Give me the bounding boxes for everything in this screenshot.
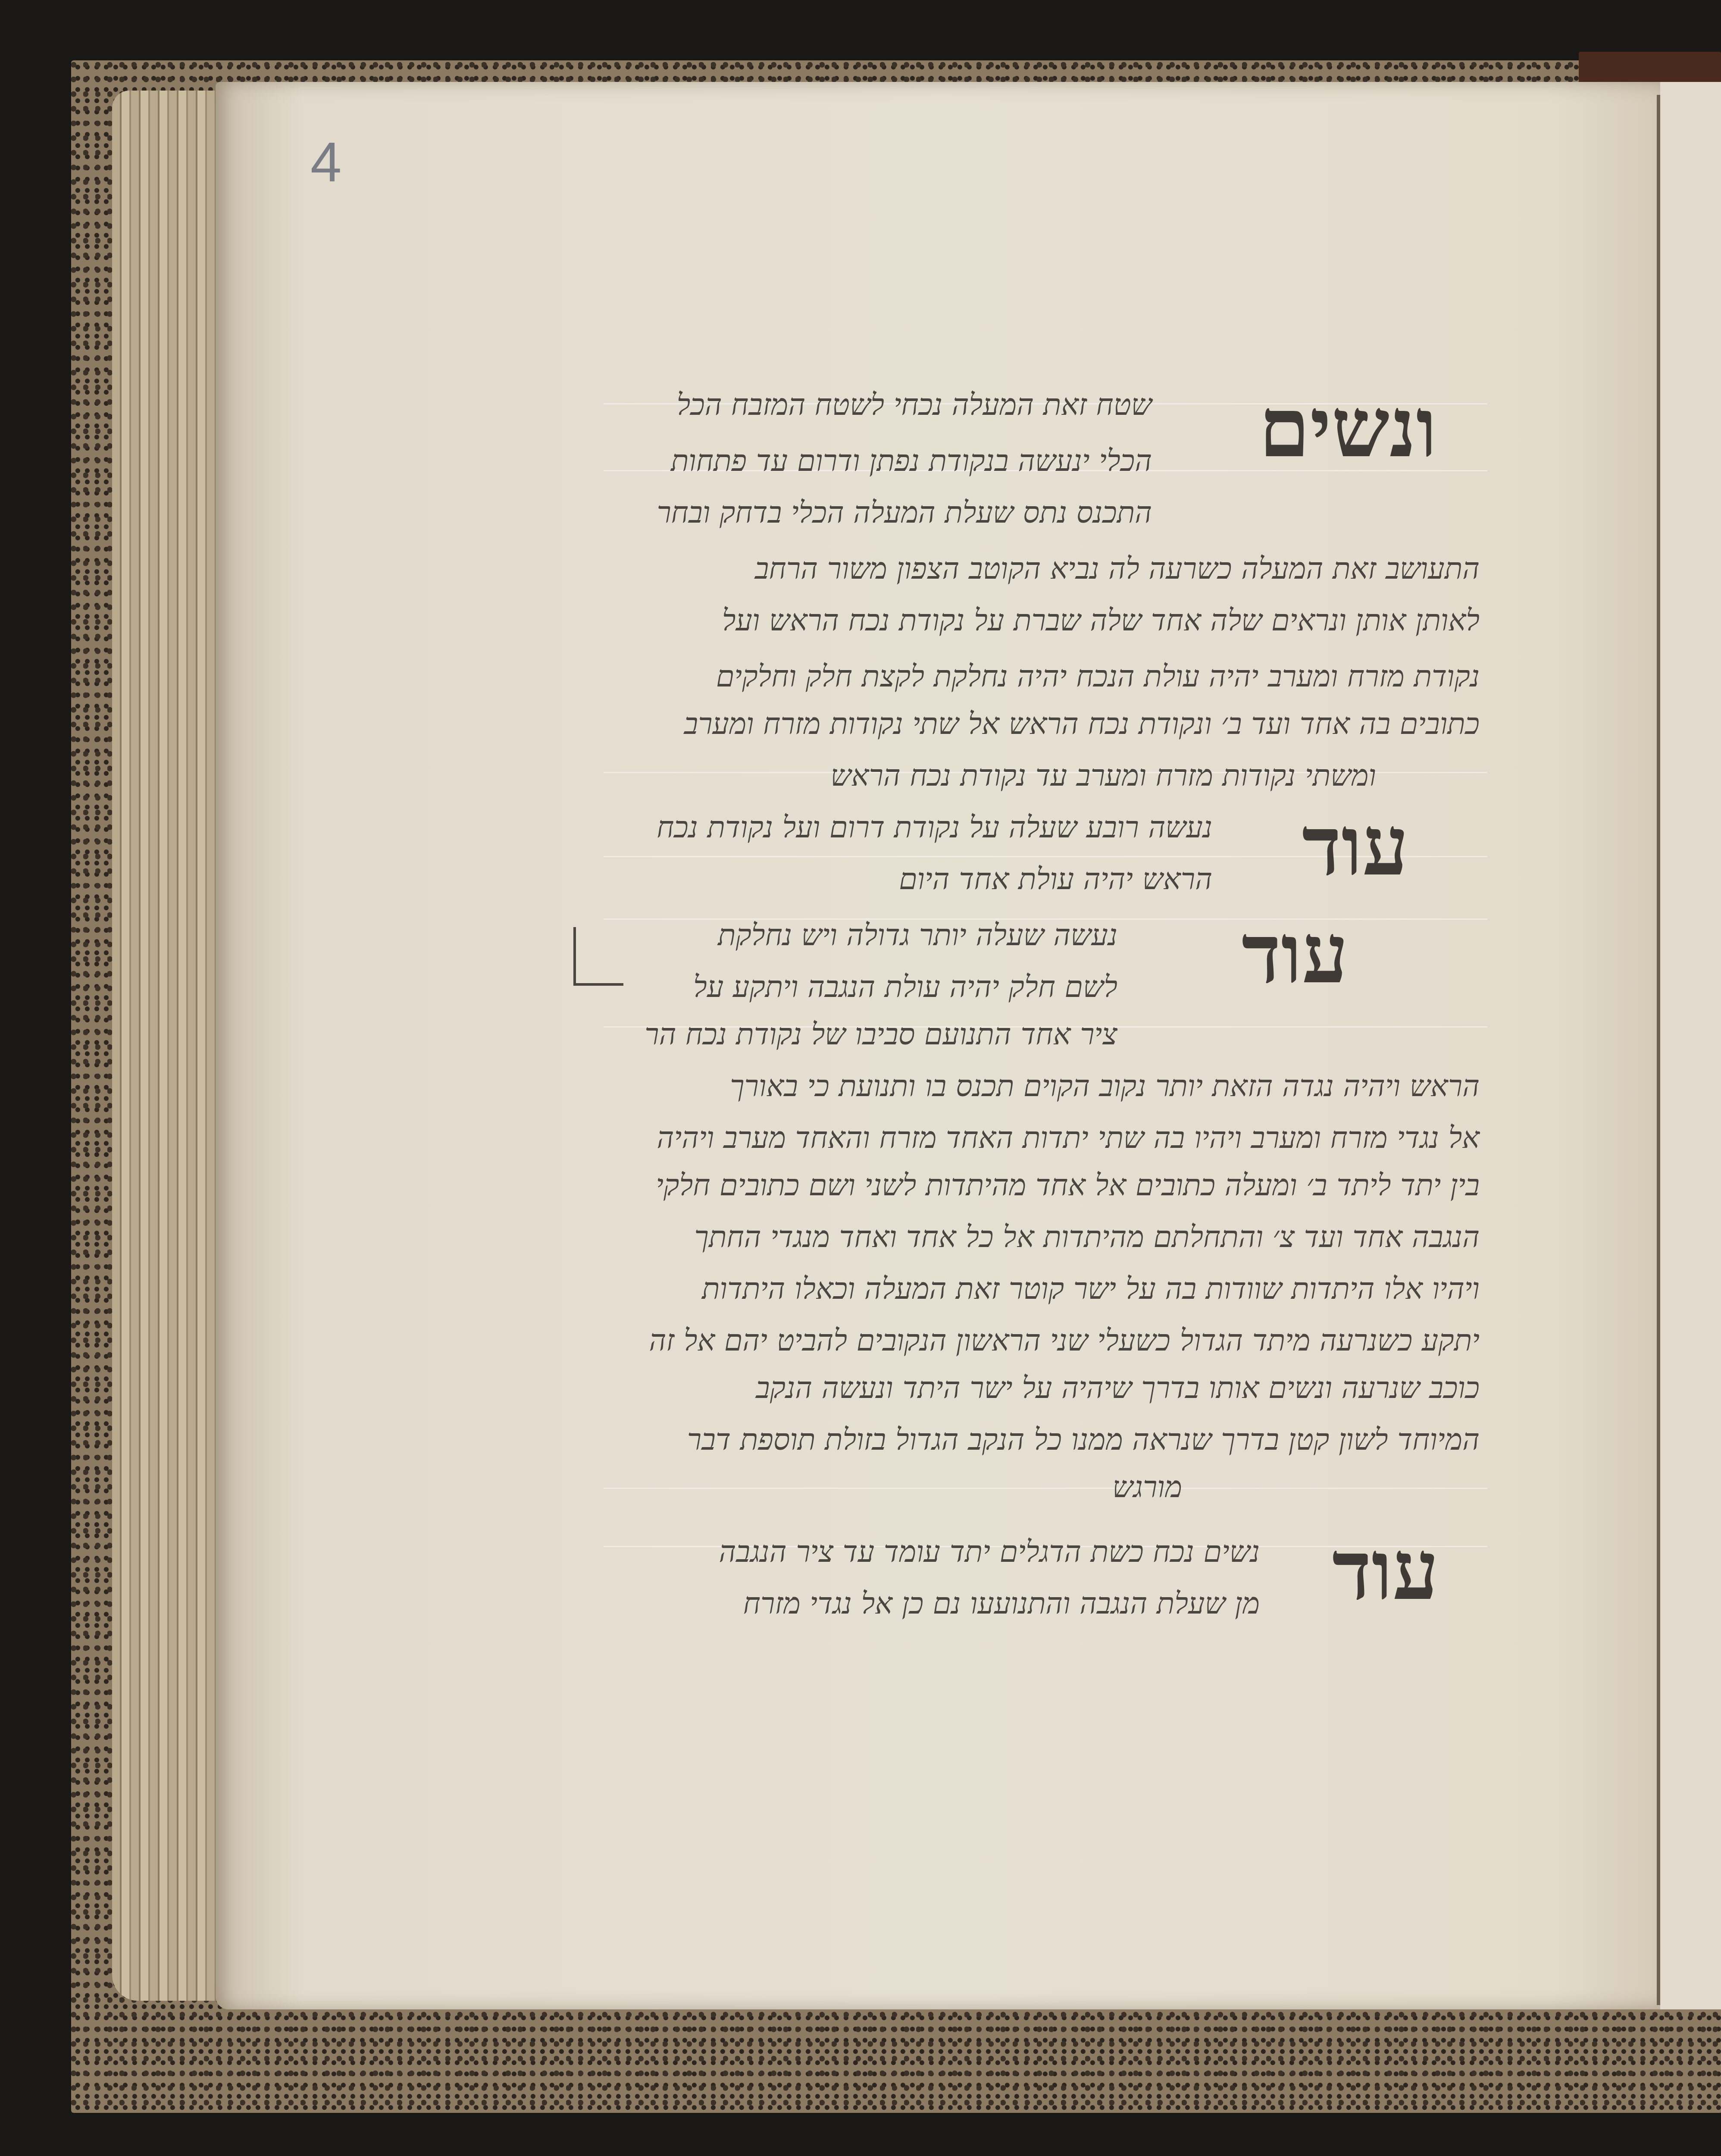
text-line: ויהיו אלו היתדות שוודות בה על ישר קוטר ז… [574, 1272, 1480, 1306]
page-edges [112, 91, 224, 2001]
text-line: כתובים בה אחד ועד ב׳ ונקודת נכח הראש אל … [574, 707, 1480, 741]
text-line: בין יתד ליתד ב׳ ומעלה כתובים אל אחד מהית… [574, 1169, 1480, 1203]
catchword: ונשים [1259, 379, 1437, 476]
catchword: עוד [1332, 1522, 1439, 1619]
text-line: נשים נכח כשת הדגלים יתד עומד עד ציר הנגב… [570, 1535, 1260, 1569]
text-line: הראש יהיה עולת אחד היום [587, 862, 1212, 896]
text-line: יתקע כשנרעה מיתד הגדול כשעלי שני הראשון … [574, 1324, 1480, 1358]
text-line: נעשה שעלה יותר גדולה ויש נחלקת [600, 918, 1117, 953]
text-line: ומשתי נקודות מזרח ומערב עד נקודת נכח הרא… [600, 759, 1376, 793]
folio-number: 4 [310, 129, 341, 194]
text-line: מורגש [1053, 1470, 1182, 1504]
text-line: לשם חלק יהיה עולת הנגבה ויתקע על [600, 970, 1117, 1004]
ruling-line [604, 1488, 1487, 1489]
text-line: הראש ויהיה נגדה הזאת יותר נקוב הקוים תכנ… [574, 1069, 1480, 1103]
text-line: התעושב זאת המעלה כשרעה לה נביא הקוטב הצפ… [574, 552, 1480, 586]
text-line: ציר אחד התנועם סביבו של נקודת נכח הר [600, 1018, 1117, 1052]
text-line: הנגבה אחד ועד צ׳ והתחלתם מהיתדות אל כל א… [574, 1220, 1480, 1254]
text-line: נעשה רובע שעלה על נקודת דרום ועל נקודת נ… [587, 811, 1212, 845]
catchword: עוד [1302, 798, 1409, 894]
catchword: עוד [1242, 906, 1349, 1002]
text-line: לאותן אותן ונראים שלה אחד שלה שברת על נק… [574, 604, 1480, 638]
facing-page-edge [1660, 82, 1721, 2009]
text-line: נקודת מזרח ומערב יהיה עולת הנכח יהיה נחל… [574, 660, 1480, 694]
text-line: מן שעלת הנגבה והתנועעו נם כן אל נגדי מזר… [570, 1587, 1260, 1621]
text-line: אל נגדי מזרח ומערב ויהיו בה שתי יתדות הא… [574, 1121, 1480, 1155]
text-line: הכלי ינעשה בנקודת נפתן ודרום עד פתחות [548, 444, 1152, 478]
text-line: כוכב שנרעה ונשים אותו בדרך שיהיה על ישר … [574, 1371, 1480, 1405]
text-line: שטח זאת המעלה נכחי לשטח המזבח הכל [548, 388, 1152, 422]
gutter-fold [1657, 95, 1660, 2005]
text-line: המיוחד לשון קטן בדרך שנראה ממנו כל הנקב … [574, 1423, 1480, 1457]
text-line: התכנס נתס שעלת המעלה הכלי בדחק ובחר [548, 496, 1152, 530]
